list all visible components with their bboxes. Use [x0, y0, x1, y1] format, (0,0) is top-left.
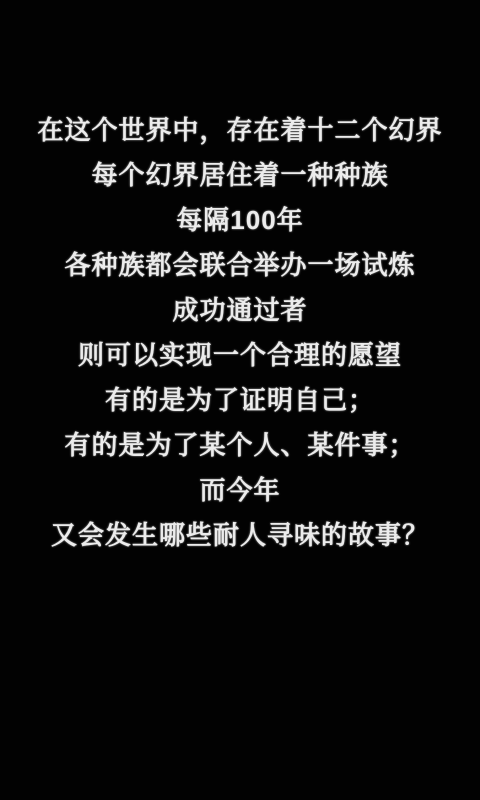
story-line: 则可以实现一个合理的愿望	[0, 333, 480, 378]
story-text-block: 在这个世界中，存在着十二个幻界 每个幻界居住着一种种族 每隔100年 各种族都会…	[0, 108, 480, 558]
story-line: 有的是为了某个人、某件事；	[0, 423, 480, 468]
story-line: 各种族都会联合举办一场试炼	[0, 243, 480, 288]
story-intro-screen[interactable]: 在这个世界中，存在着十二个幻界 每个幻界居住着一种种族 每隔100年 各种族都会…	[0, 0, 480, 800]
story-line: 在这个世界中，存在着十二个幻界	[0, 108, 480, 153]
story-line: 而今年	[0, 468, 480, 513]
story-line: 每个幻界居住着一种种族	[0, 153, 480, 198]
story-line: 有的是为了证明自己；	[0, 378, 480, 423]
story-line: 成功通过者	[0, 288, 480, 333]
story-line: 又会发生哪些耐人寻味的故事？	[0, 513, 480, 558]
story-line: 每隔100年	[0, 198, 480, 243]
